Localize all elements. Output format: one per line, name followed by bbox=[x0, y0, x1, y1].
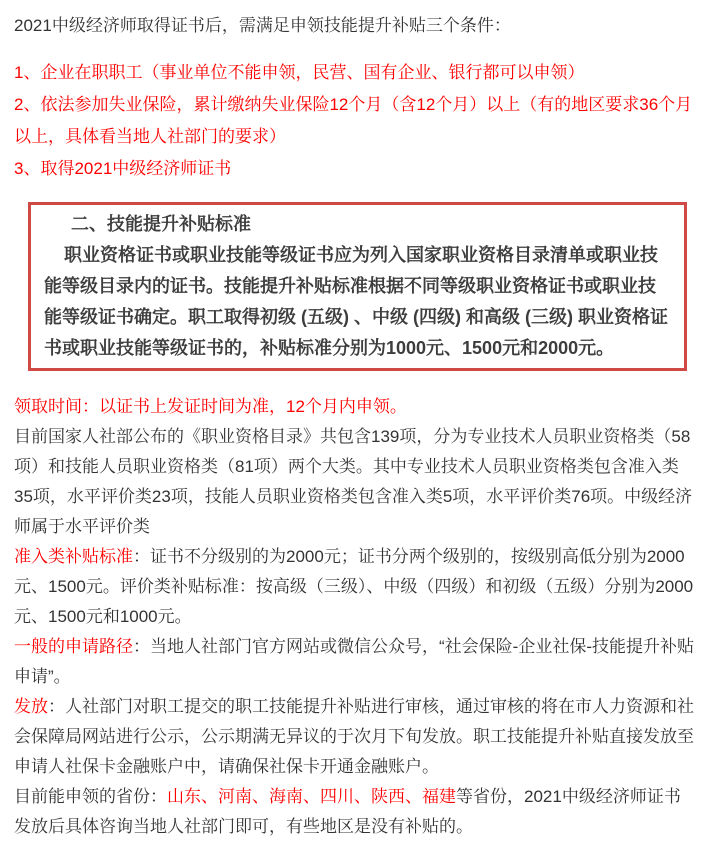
provinces-paragraph: 目前能申领的省份：山东、河南、海南、四川、陕西、福建等省份，2021中级经济师证… bbox=[14, 782, 697, 842]
subsidy-box-title: 二、技能提升补贴标准 bbox=[44, 209, 668, 240]
issuance-label: 发放 bbox=[14, 697, 48, 716]
issuance-paragraph: 发放：人社部门对职工提交的职工技能提升补贴进行审核，通过审核的将在市人力资源和社… bbox=[14, 692, 697, 782]
provinces-highlight: 山东、河南、海南、四川、陕西、福建 bbox=[167, 787, 456, 806]
apply-path-paragraph: 一般的申请路径：当地人社部门官方网站或微信公众号，“社会保险-企业社保-技能提升… bbox=[14, 632, 697, 692]
claim-time-line: 领取时间：以证书上发证时间为准，12个月内申领。 bbox=[14, 392, 697, 422]
intro-text: 2021中级经济师取得证书后，需满足申领技能提升补贴三个条件： bbox=[14, 10, 697, 42]
subsidy-standard-box: 二、技能提升补贴标准 职业资格证书或职业技能等级证书应为列入国家职业资格目录清单… bbox=[28, 202, 687, 371]
condition-item-3: 3、取得2021中级经济师证书 bbox=[14, 153, 697, 185]
provinces-label: 目前能申领的省份： bbox=[14, 787, 167, 806]
standards-paragraph: 准入类补贴标准：证书不分级别的为2000元；证书分两个级别的，按级别高低分别为2… bbox=[14, 542, 697, 632]
condition-item-1: 1、企业在职职工（事业单位不能申领，民营、国有企业、银行都可以申领） bbox=[14, 57, 697, 89]
conditions-section: 2021中级经济师取得证书后，需满足申领技能提升补贴三个条件： 1、企业在职职工… bbox=[14, 10, 697, 185]
issuance-text: ：人社部门对职工提交的职工技能提升补贴进行审核，通过审核的将在市人力资源和社会保… bbox=[14, 697, 694, 776]
subsidy-box-body: 职业资格证书或职业技能等级证书应为列入国家职业资格目录清单或职业技能等级目录内的… bbox=[44, 240, 668, 364]
catalog-paragraph: 目前国家人社部公布的《职业资格目录》共包含139项，分为专业技术人员职业资格类（… bbox=[14, 422, 697, 542]
article-page: 2021中级经济师取得证书后，需满足申领技能提升补贴三个条件： 1、企业在职职工… bbox=[0, 0, 712, 842]
details-section: 领取时间：以证书上发证时间为准，12个月内申领。 目前国家人社部公布的《职业资格… bbox=[14, 392, 697, 842]
standards-label: 准入类补贴标准 bbox=[14, 547, 133, 566]
condition-item-2: 2、依法参加失业保险，累计缴纳失业保险12个月（含12个月）以上（有的地区要求3… bbox=[14, 89, 697, 153]
apply-path-label: 一般的申请路径 bbox=[14, 637, 133, 656]
